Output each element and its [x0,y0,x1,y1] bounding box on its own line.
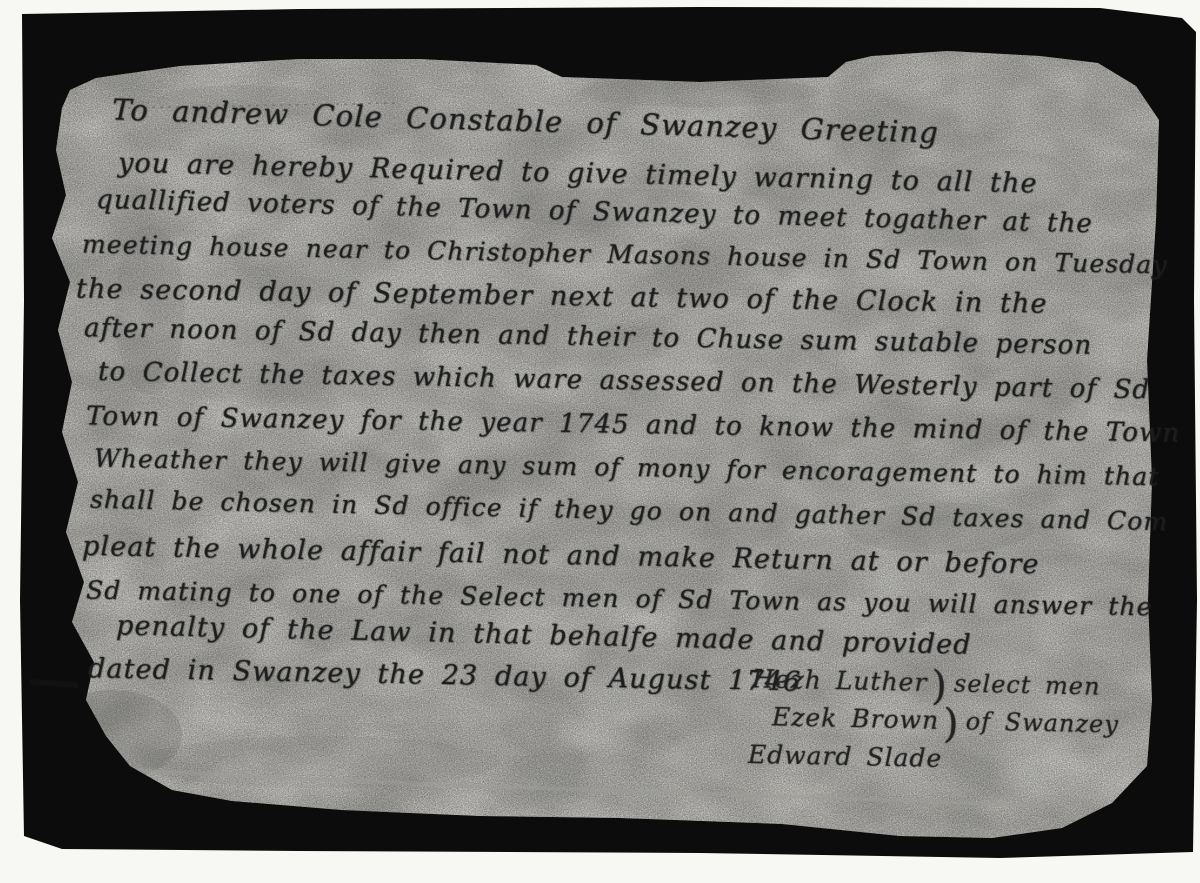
manuscript-line: after noon of Sd day then and their to C… [84,313,1093,361]
signature-role: of Swanzey [965,707,1119,738]
manuscript-text-layer: To andrew Cole Constable of Swanzey Gree… [0,0,1200,883]
manuscript-line: dated in Swanzey the 23 day of August 17… [88,653,802,698]
manuscript-line: Town of Swanzey for the year 1745 and to… [86,401,1181,448]
scanned-document-page: To andrew Cole Constable of Swanzey Gree… [0,0,1200,883]
manuscript-line: Wheather they will give any sum of mony … [94,444,1160,492]
manuscript-line: shall be chosen in Sd office if they go … [90,485,1169,537]
signature-brace: ) [939,701,967,748]
signature-row: Edward Slade [748,740,943,773]
manuscript-line: to Collect the taxes which ware assessed… [98,357,1151,405]
signature-name: Ezek Brown [772,702,940,734]
signature-role: select men [954,670,1101,701]
signature-name: Hezh Luther [752,664,928,697]
signature-name: Edward Slade [748,740,943,773]
signature-row: Ezek Brown)of Swanzey [772,702,1119,738]
manuscript-line: pleat the whole affair fail not and make… [82,531,1040,580]
signature-row: Hezh Luther)select men [752,664,1101,700]
manuscript-line: penalty of the Law in that behalfe made … [116,610,972,660]
manuscript-line: the second day of September next at two … [76,273,1048,319]
manuscript-line: To andrew Cole Constable of Swanzey Gree… [112,92,940,149]
